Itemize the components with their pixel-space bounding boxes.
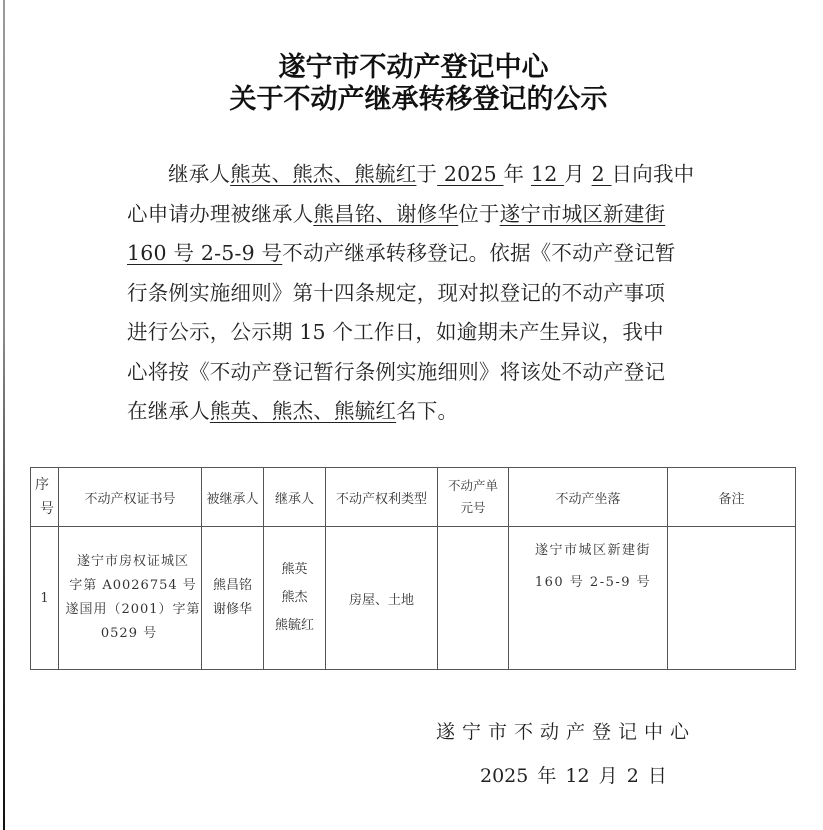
notice-line: 160 号 2-5-9 号不动产继承转移登记。依据《不动产登记暂 bbox=[127, 234, 717, 274]
notice-line: 心申请办理被继承人熊昌铭、谢修华位于遂宁市城区新建街 bbox=[127, 195, 717, 235]
header-right-type: 不动产权利类型 bbox=[326, 468, 438, 527]
header-seq-char1: 序 bbox=[31, 473, 58, 497]
notice-text: 行条例实施细则》第十四条规定，现对拟登记的不动产事项 bbox=[127, 281, 665, 305]
page-title-subject: 关于不动产继承转移登记的公示 bbox=[7, 85, 823, 115]
header-unit-no-line2: 元号 bbox=[438, 497, 508, 519]
cert-line: 遂国用（2001）字第 bbox=[65, 598, 201, 622]
scan-edge-line bbox=[3, 0, 5, 830]
filled-field: 熊英、熊杰、熊毓红 bbox=[230, 162, 416, 186]
notice-text: 日向我中 bbox=[612, 162, 695, 186]
notice-text: 于 bbox=[416, 162, 437, 186]
table-header-row: 序 号 不动产权证书号 被继承人 继承人 不动产权利类型 不动产单 元号 不动产… bbox=[31, 468, 796, 527]
notice-text: 心申请办理被继承人 bbox=[127, 202, 313, 226]
cert-line: 遂宁市房权证城区 bbox=[65, 550, 201, 574]
header-heir: 继承人 bbox=[264, 468, 326, 527]
cell-remarks bbox=[668, 527, 796, 670]
cell-right-type: 房屋、土地 bbox=[326, 527, 438, 670]
notice-text: 进行公示，公示期 15 个工作日，如逾期未产生异议，我中 bbox=[127, 320, 664, 344]
notice-line: 继承人熊英、熊杰、熊毓红于 2025 年 12 月 2 日向我中 bbox=[127, 155, 717, 195]
filled-field: 160 号 2-5-9 号 bbox=[127, 241, 282, 265]
header-decedent: 被继承人 bbox=[202, 468, 264, 527]
cell-cert-no: 遂宁市房权证城区 字第 A0026754 号 遂国用（2001）字第 0529 … bbox=[59, 527, 202, 670]
filled-field: 遂宁市城区新建街 bbox=[500, 202, 666, 226]
cell-seq: 1 bbox=[31, 527, 59, 670]
header-location: 不动产坐落 bbox=[509, 468, 668, 527]
header-unit-no-line1: 不动产单 bbox=[438, 475, 508, 497]
notice-text: 不动产继承转移登记。依据《不动产登记暂 bbox=[282, 241, 675, 265]
notice-text: 年 bbox=[504, 162, 531, 186]
cert-line: 字第 A0026754 号 bbox=[65, 574, 201, 598]
filled-field: 2025 bbox=[437, 162, 503, 186]
notice-body: 继承人熊英、熊杰、熊毓红于 2025 年 12 月 2 日向我中心申请办理被继承… bbox=[127, 155, 717, 432]
filled-field: 2 bbox=[592, 162, 612, 186]
footer-issuer: 遂宁市不动产登记中心 bbox=[436, 717, 696, 744]
page-title-org: 遂宁市不动产登记中心 bbox=[2, 53, 823, 83]
property-table: 序 号 不动产权证书号 被继承人 继承人 不动产权利类型 不动产单 元号 不动产… bbox=[30, 467, 796, 670]
notice-text: 月 bbox=[564, 162, 591, 186]
notice-line: 进行公示，公示期 15 个工作日，如逾期未产生异议，我中 bbox=[127, 313, 717, 353]
notice-line: 在继承人熊英、熊杰、熊毓红名下。 bbox=[127, 392, 717, 432]
filled-field: 熊昌铭、谢修华 bbox=[313, 202, 458, 226]
header-seq: 序 号 bbox=[31, 468, 59, 527]
header-unit-no: 不动产单 元号 bbox=[438, 468, 509, 527]
filled-field: 熊英、熊杰、熊毓红 bbox=[210, 399, 396, 423]
filled-field: 12 bbox=[531, 162, 564, 186]
footer-date: 2025 年 12 月 2 日 bbox=[480, 761, 667, 788]
notice-text: 位于 bbox=[458, 202, 499, 226]
decedent-name: 谢修华 bbox=[202, 598, 263, 622]
header-remarks: 备注 bbox=[668, 468, 796, 527]
location-line: 160 号 2-5-9 号 bbox=[519, 567, 667, 599]
cert-line: 0529 号 bbox=[65, 622, 201, 646]
notice-text: 继承人 bbox=[168, 162, 230, 186]
cell-heirs: 熊英 熊杰 熊毓红 bbox=[264, 527, 326, 670]
notice-text: 心将按《不动产登记暂行条例实施细则》将该处不动产登记 bbox=[127, 360, 665, 384]
cell-location: 遂宁市城区新建街 160 号 2-5-9 号 bbox=[509, 527, 668, 670]
notice-text: 名下。 bbox=[396, 399, 458, 423]
location-line: 遂宁市城区新建街 bbox=[519, 535, 667, 567]
notice-line: 行条例实施细则》第十四条规定，现对拟登记的不动产事项 bbox=[127, 274, 717, 314]
header-seq-char2: 号 bbox=[31, 497, 58, 521]
heir-name: 熊毓红 bbox=[264, 612, 325, 640]
header-cert-no: 不动产权证书号 bbox=[59, 468, 202, 527]
notice-line: 心将按《不动产登记暂行条例实施细则》将该处不动产登记 bbox=[127, 353, 717, 393]
cell-decedents: 熊昌铭 谢修华 bbox=[202, 527, 264, 670]
heir-name: 熊英 bbox=[264, 556, 325, 584]
heir-name: 熊杰 bbox=[264, 584, 325, 612]
notice-text: 在继承人 bbox=[127, 399, 210, 423]
decedent-name: 熊昌铭 bbox=[202, 574, 263, 598]
cell-unit-no bbox=[438, 527, 509, 670]
table-row: 1 遂宁市房权证城区 字第 A0026754 号 遂国用（2001）字第 052… bbox=[31, 527, 796, 670]
